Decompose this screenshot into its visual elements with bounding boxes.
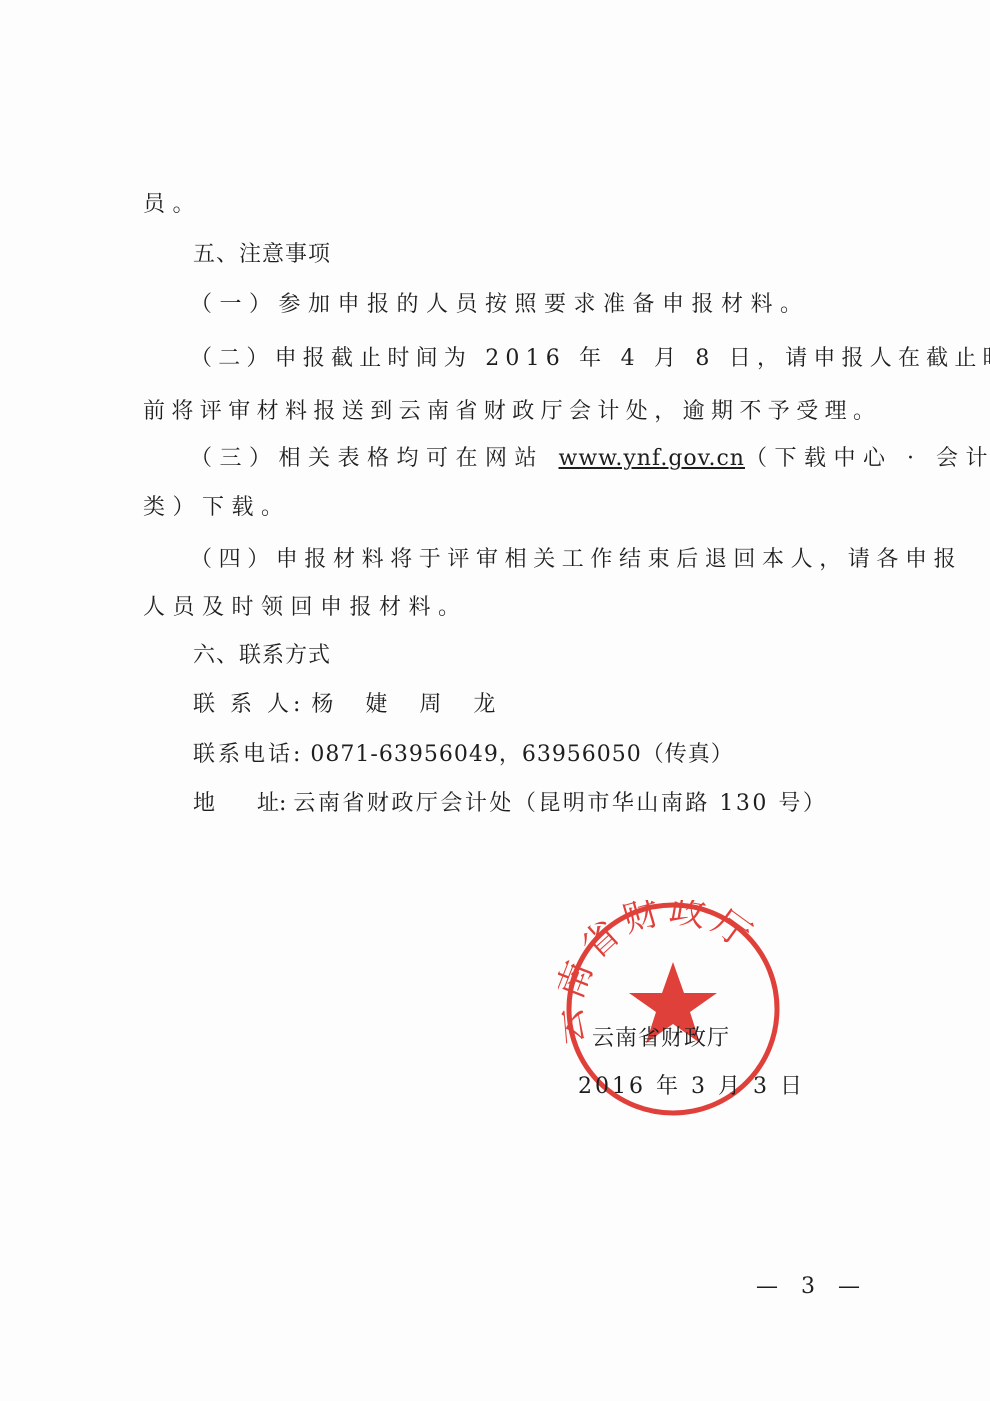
contact-phone-value: 0871-63956049，63956050（传真） <box>310 742 733 767</box>
contact-phone-label: 联系电话: <box>193 742 303 767</box>
address-value: 云南省财政厅会计处（昆明市华山南路 130 号） <box>293 791 827 816</box>
signature-org: 云南省财政厅 <box>592 1024 730 1054</box>
signature-date: 2016 年 3 月 3 日 <box>578 1072 805 1102</box>
section-5-item-3: （三）相关表格均可在网站 www.ynf.gov.cn（下载中心 · 会计 <box>190 444 990 474</box>
item-3-prefix: （三）相关表格均可在网站 <box>190 446 559 471</box>
continuation-text: 员。 <box>143 190 202 220</box>
section-5-item-2-cont: 前将评审材料报送到云南省财政厅会计处，逾期不予受理。 <box>143 397 881 427</box>
contact-person-value: 杨 婕 周 龙 <box>311 692 501 717</box>
section-5-title: 五、注意事项 <box>193 240 331 270</box>
section-5-item-1: （一）参加申报的人员按照要求准备申报材料。 <box>190 290 810 320</box>
item-3-suffix: （下载中心 · 会计 <box>745 446 990 471</box>
address-row: 地 址: 云南省财政厅会计处（昆明市华山南路 130 号） <box>193 789 827 819</box>
contact-person-row: 联 系 人: 杨 婕 周 龙 <box>193 690 501 720</box>
website-link[interactable]: www.ynf.gov.cn <box>559 446 745 471</box>
section-6-title: 六、联系方式 <box>193 641 331 671</box>
section-5-item-3-cont: 类）下载。 <box>143 493 291 523</box>
address-label: 地 址: <box>193 791 286 816</box>
section-5-item-4-cont: 人员及时领回申报材料。 <box>143 593 468 623</box>
section-5-item-2: （二）申报截止时间为 2016 年 4 月 8 日，请申报人在截止时间 <box>190 344 990 374</box>
page-number: — 3 — <box>756 1274 868 1299</box>
contact-person-label: 联 系 人: <box>193 692 304 717</box>
section-5-item-4: （四）申报材料将于评审相关工作结束后退回本人，请各申报 <box>190 545 962 575</box>
contact-phone-row: 联系电话: 0871-63956049，63956050（传真） <box>193 740 734 770</box>
